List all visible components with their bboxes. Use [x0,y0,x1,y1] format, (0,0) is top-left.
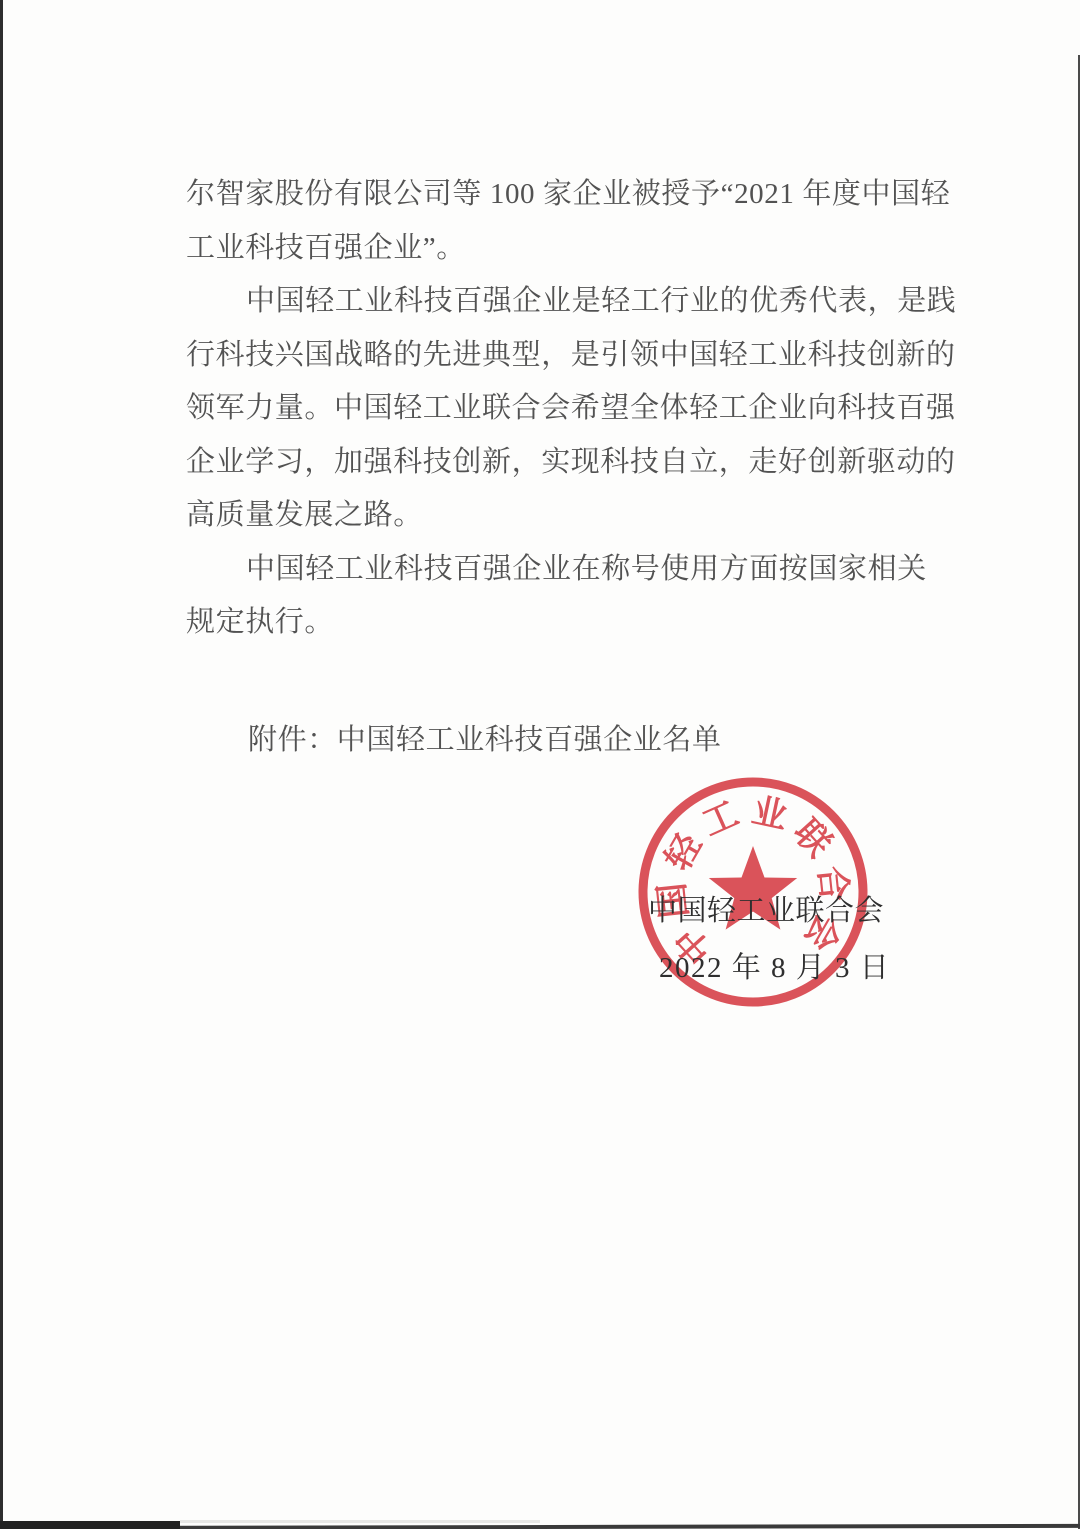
seal-ring-char: 工 [697,794,745,844]
body-line: 高质量发展之路。 [186,489,950,543]
scan-edge-bottom-fade [180,1520,540,1523]
seal-ring-char: 业 [748,791,790,836]
body-line: 中国轻工业科技百强企业是轻工行业的优秀代表，是践 [186,275,950,329]
body-line: 企业学习，加强科技创新，实现科技自立，走好创新驱动的 [186,436,950,490]
body-line: 工业科技百强企业”。 [186,222,950,276]
body-line: 中国轻工业科技百强企业在称号使用方面按国家相关 [186,543,950,597]
body-line: 规定执行。 [186,596,950,650]
body-line: 尔智家股份有限公司等 100 家企业被授予“2021 年度中国轻 [186,168,950,222]
scan-edge-bottom-left [0,1521,180,1529]
signature-organization: 中国轻工业联合会 [648,888,948,929]
letter-body: 尔智家股份有限公司等 100 家企业被授予“2021 年度中国轻 工业科技百强企… [186,168,950,650]
body-line: 行科技兴国战略的先进典型，是引领中国轻工业科技创新的 [186,329,950,383]
signature-date: 2022 年 8 月 3 日 [659,945,959,986]
scan-edge-left [0,0,3,1529]
seal-ring-char: 轻 [658,826,710,877]
body-line: 领军力量。中国轻工业联合会希望全体轻工企业向科技百强 [186,382,950,436]
scanned-document-page: 尔智家股份有限公司等 100 家企业被授予“2021 年度中国轻 工业科技百强企… [0,0,1080,1529]
